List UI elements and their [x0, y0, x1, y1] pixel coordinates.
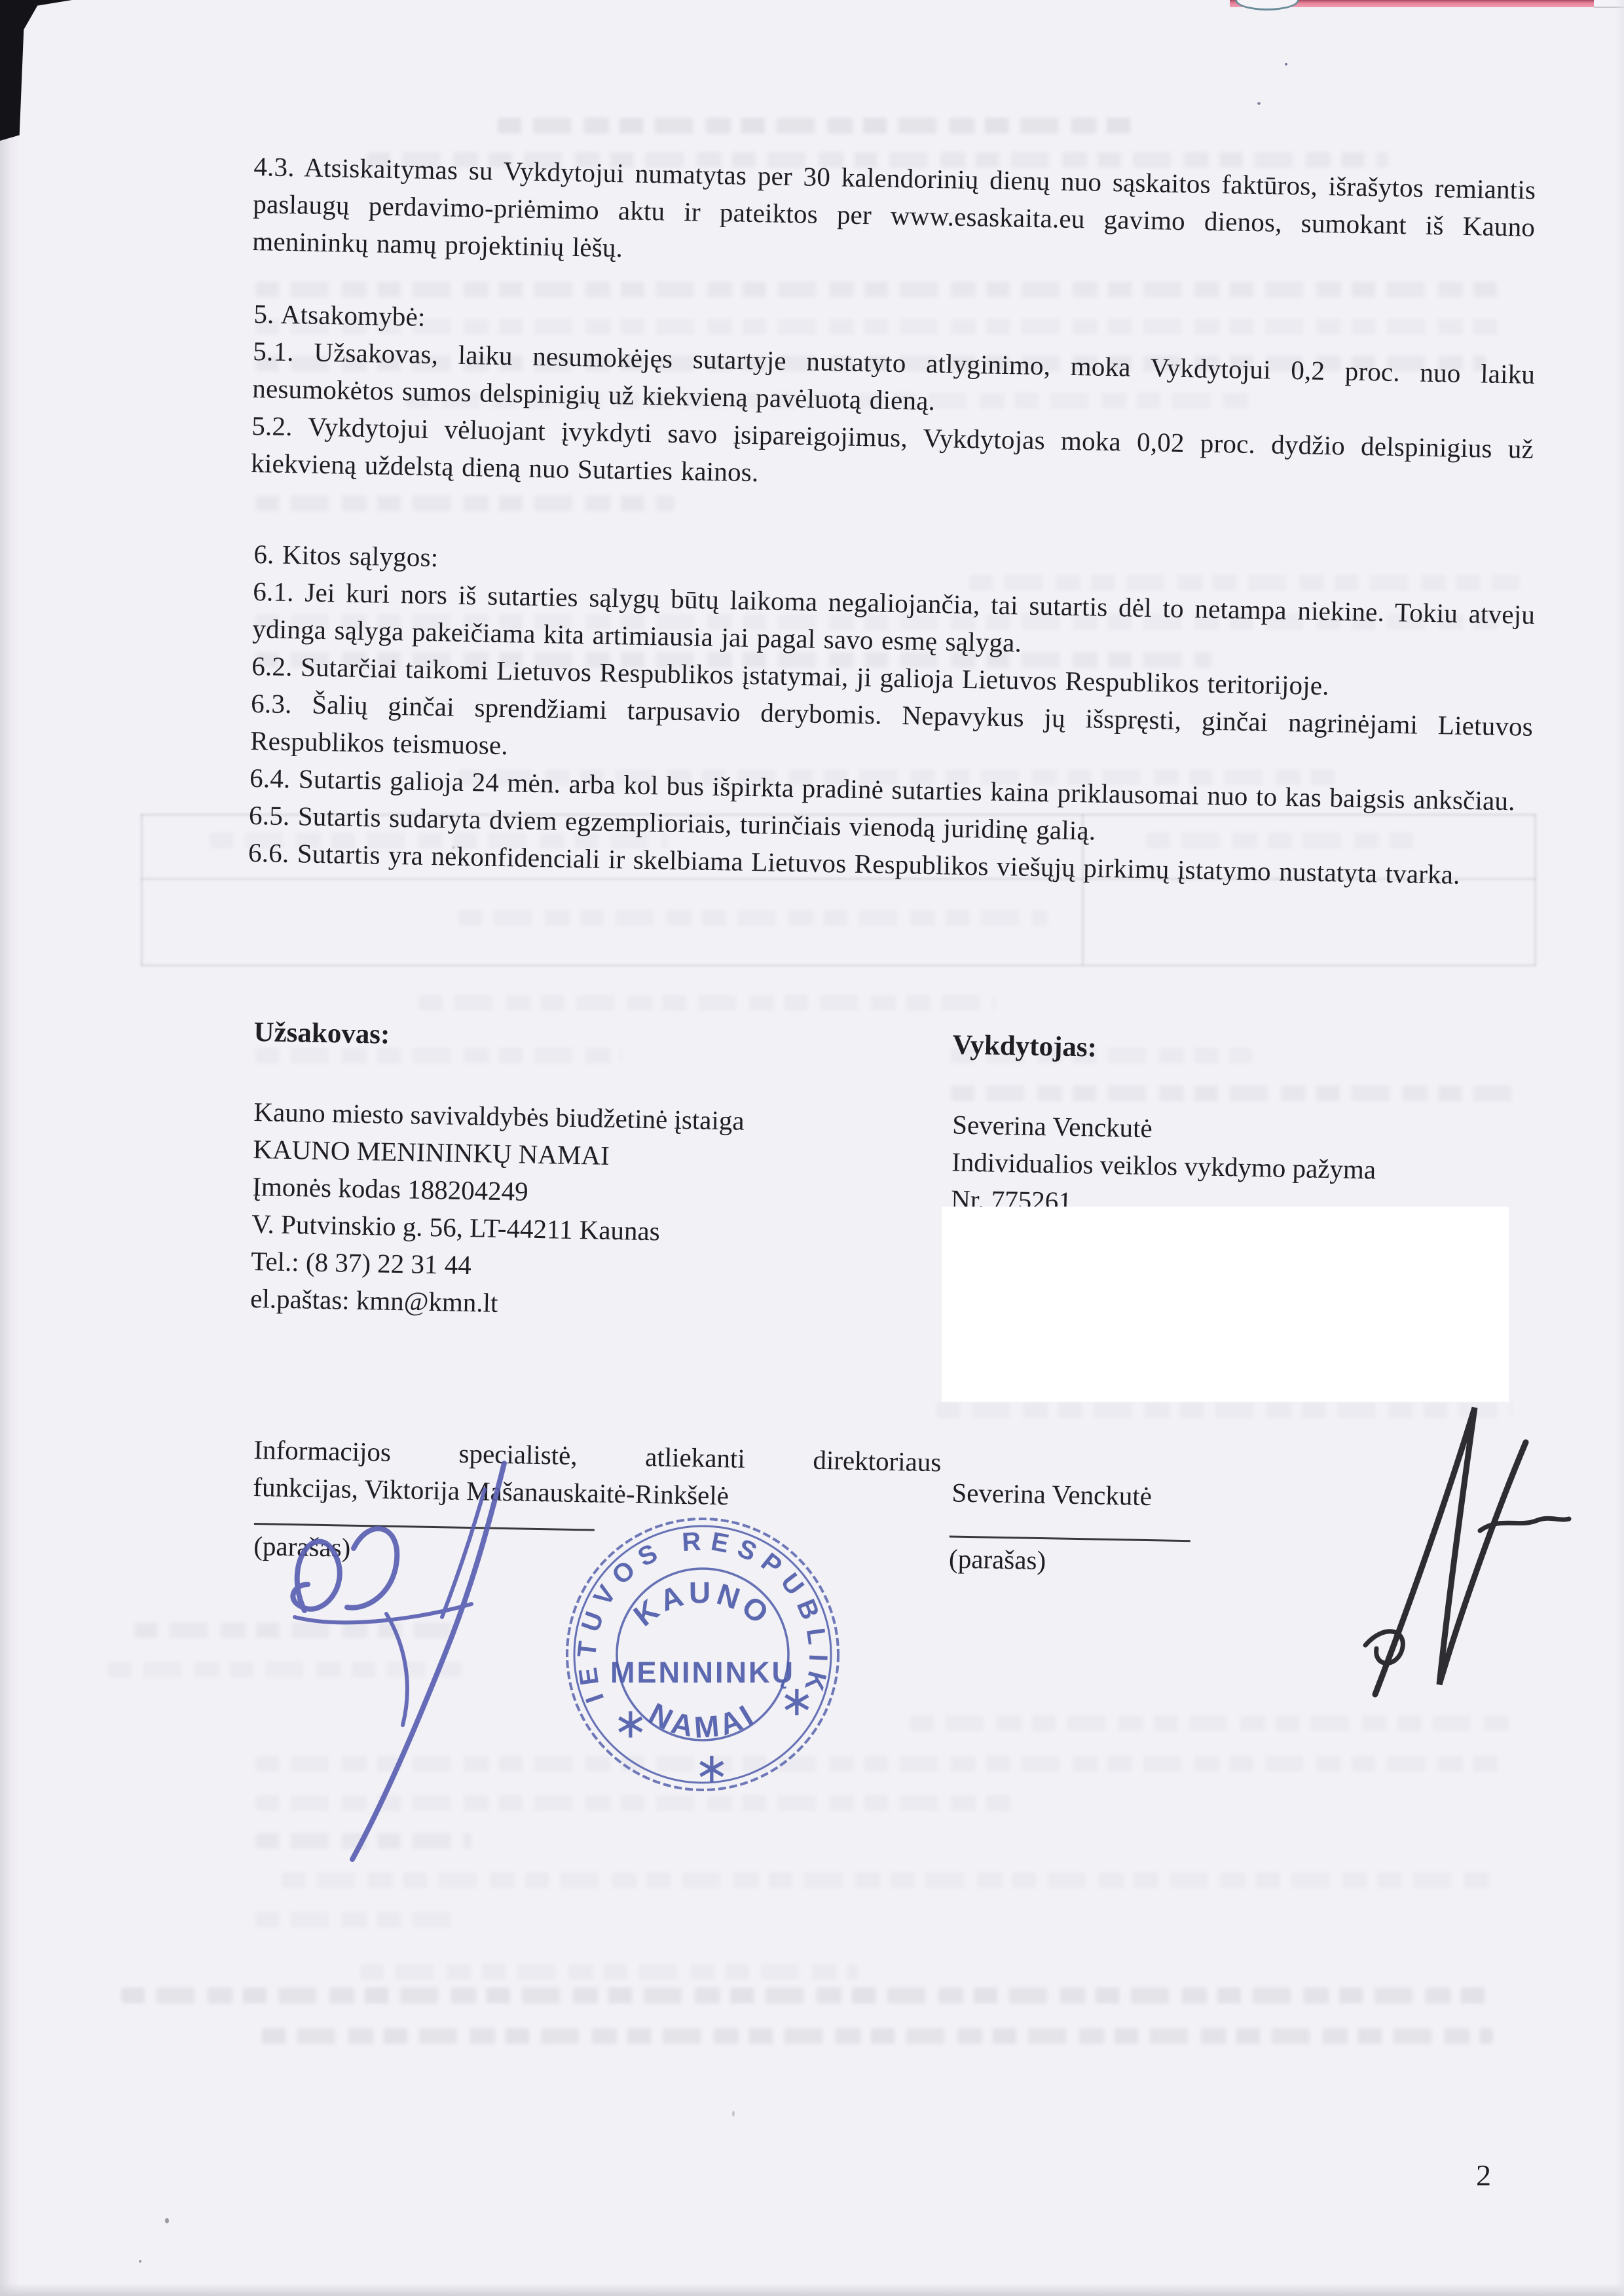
stamp-center-line2: MENININKŲ: [610, 1656, 795, 1689]
paper-speck: [452, 846, 455, 849]
right-signature-area: (parašas): [949, 1535, 1190, 1578]
stamp-center-line3: NAMAI: [644, 1696, 762, 1745]
section-5: 5. Atsakomybė: 5.1. Užsakovas, laiku nes…: [251, 295, 1536, 505]
handwritten-signature-blue: [255, 1450, 583, 1869]
contractor-heading: Vykdytojas:: [952, 1029, 1098, 1064]
round-stamp: LIETUVOS RESPUBLIKA KAUNO MENININKŲ NAMA…: [555, 1507, 850, 1802]
stamp-asterisk-left: ∗: [613, 1700, 648, 1747]
section-6: 6. Kitos sąlygos: 6.1. Jei kuri nors iš …: [248, 536, 1536, 895]
scanned-contract-page: { "doc": { "paragraphs": { "p43": "4.3. …: [0, 0, 1624, 2296]
scan-edge-right: [1615, 0, 1624, 2296]
paper-speck: [139, 2260, 141, 2263]
right-signature-line: [950, 1535, 1190, 1542]
svg-text:NAMAI: NAMAI: [644, 1696, 762, 1745]
party-headings-row: Užsakovas: Vykdytojas:: [253, 1016, 1536, 1079]
paper-speck: [1257, 102, 1261, 105]
right-signer-name: Severina Venckutė: [951, 1474, 1152, 1516]
scan-corner-black: [0, 0, 72, 141]
stamp-asterisk-right: ∗: [779, 1677, 815, 1724]
page-number: 2: [1476, 2158, 1491, 2193]
paragraph-4-3: 4.3. Atsiskaitymas su Vykdytojui numatyt…: [252, 148, 1536, 283]
redaction-box: [942, 1207, 1509, 1402]
paper-speck: [732, 2111, 735, 2117]
customer-heading: Užsakovas:: [253, 1016, 1536, 1072]
handwritten-signature-black: [1172, 1393, 1604, 1701]
right-signature-caption: (parašas): [949, 1542, 1190, 1578]
paper-speck: [1285, 63, 1287, 65]
paper-speck: [165, 2218, 169, 2223]
scan-edge-bottom: [0, 2284, 1624, 2296]
scan-strip-curve: [1235, 0, 1299, 10]
stamp-center-line1: KAUNO: [627, 1575, 779, 1633]
scan-edge-left: [0, 0, 20, 2296]
svg-text:KAUNO: KAUNO: [627, 1575, 779, 1633]
stamp-asterisk-bottom: ∗: [694, 1744, 729, 1791]
